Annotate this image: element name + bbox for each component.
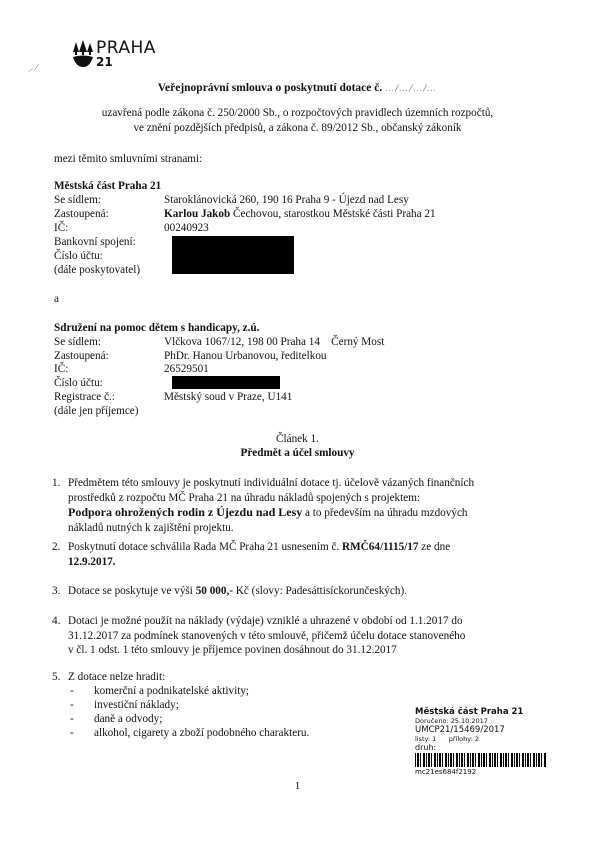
clause-3: 3. Dotace se poskytuje ve výši 50 000,- … — [68, 584, 554, 599]
subtitle-line-1: uzavřená podle zákona č. 250/2000 Sb., o… — [0, 107, 595, 119]
subtitle-line-2: ve znění pozdějších předpisů, a zákona č… — [0, 122, 595, 134]
clause-text: Kč (slovy: Padesáttisíckorunčeských). — [233, 585, 407, 597]
praha21-logo: PRAHA 21 — [72, 38, 162, 70]
provider-representative-label: Zastoupená: — [54, 208, 109, 220]
clause-line-rest: a to především na úhradu mzdových — [302, 507, 467, 519]
clause-1: 1. Předmětem této smlouvy je poskytnutí … — [68, 476, 554, 535]
conjunction: a — [54, 293, 59, 305]
clause-2: 2. Poskytnutí dotace schválila Rada MČ P… — [68, 540, 554, 569]
exclusion-text: komerční a podnikatelské aktivity; — [94, 685, 249, 697]
handwritten-mark: ⸝ ⁄ — [28, 60, 37, 74]
article-number: Článek 1. — [0, 433, 595, 445]
exclusion-item: -komerční a podnikatelské aktivity; — [68, 685, 249, 697]
stamp-type-label: druh: — [415, 743, 570, 752]
exclusion-item: -daně a odvody; — [68, 713, 162, 725]
article-title: Předmět a účel smlouvy — [0, 447, 595, 459]
clause-line: nákladů nutných k zajištění projektu. — [68, 521, 554, 536]
redaction-bank-details — [172, 236, 294, 274]
provider-name: Městská část Praha 21 — [54, 180, 161, 192]
clause-line: 31.12.2017 za podmínek stanovených v tét… — [68, 629, 554, 644]
stamp-barcode-id: mc21es684f2192 — [415, 768, 570, 776]
representative-name-bold: Karlou Jakob — [164, 208, 230, 220]
clause-line: Dotace se poskytuje ve výši 50 000,- Kč … — [68, 584, 554, 599]
clause-line: Podpora ohrožených rodin z Újezdu nad Le… — [68, 505, 554, 521]
exclusion-text: daně a odvody; — [94, 713, 162, 725]
barcode-icon — [415, 753, 547, 767]
clause-number: 1. — [52, 476, 60, 491]
provider-role-label: (dále poskytovatel) — [54, 264, 140, 276]
recipient-registration-value: Městský soud v Praze, U141 — [164, 391, 292, 403]
clause-text: Z dotace nelze hradit: — [68, 670, 554, 685]
provider-ico-label: IČ: — [54, 222, 68, 234]
recipient-seat-value: Vlčkova 1067/12, 198 00 Praha 14 Černý M… — [164, 336, 384, 348]
clause-line: Předmětem této smlouvy je poskytnutí ind… — [68, 476, 554, 491]
logo-number: 21 — [96, 55, 113, 69]
exclusion-item: -alkohol, cigarety a zboží podobného cha… — [68, 727, 309, 739]
stamp-attachments: přílohy: 2 — [449, 735, 479, 743]
clause-5: 5. Z dotace nelze hradit: — [68, 670, 554, 685]
exclusion-text: investiční náklady; — [94, 699, 179, 711]
clause-number: 4. — [52, 614, 60, 629]
page-number: 1 — [0, 780, 595, 792]
clause-line: prostředků z rozpočtu MČ Praha 21 na úhr… — [68, 491, 554, 506]
stamp-office: Městská část Praha 21 — [415, 707, 570, 717]
recipient-account-label: Číslo účtu: — [54, 377, 103, 389]
handwritten-contract-number: …/…/…/… — [385, 84, 437, 94]
clause-text: Dotace se poskytuje ve výši — [68, 585, 196, 597]
provider-ico-value: 00240923 — [164, 222, 209, 234]
clause-text: ze dne — [419, 541, 451, 553]
clause-line: Dotaci je možné použít na náklady (výdaj… — [68, 614, 554, 629]
recipient-ico-value: 26529501 — [164, 363, 209, 375]
recipient-ico-label: IČ: — [54, 363, 68, 375]
resolution-number: RMČ64/1115/17 — [342, 541, 418, 553]
provider-seat-value: Staroklánovická 260, 190 16 Praha 9 - Új… — [164, 194, 409, 206]
provider-bank-label: Bankovní spojení: — [54, 236, 136, 248]
stamp-counts: listy: 1 přílohy: 2 — [415, 735, 570, 743]
registry-stamp: Městská část Praha 21 Doručeno: 25.10.20… — [415, 707, 570, 776]
provider-seat-label: Se sídlem: — [54, 194, 101, 206]
recipient-seat-label: Se sídlem: — [54, 336, 101, 348]
clause-number: 3. — [52, 584, 60, 599]
clause-line: Poskytnutí dotace schválila Rada MČ Prah… — [68, 540, 554, 555]
intro-text: mezi těmito smluvními stranami: — [54, 153, 202, 165]
clause-4: 4. Dotaci je možné použít na náklady (vý… — [68, 614, 554, 658]
stamp-reference-number: UMCP21/15469/2017 — [415, 725, 570, 735]
redaction-account-number — [172, 376, 280, 389]
praha21-trees-logo-icon — [72, 38, 94, 68]
project-name: Podpora ohrožených rodin z Újezdu nad Le… — [68, 505, 302, 519]
provider-representative-value: Karlou Jakob Čechovou, starostkou Městsk… — [164, 208, 436, 220]
provider-account-label: Číslo účtu: — [54, 250, 103, 262]
recipient-registration-label: Registrace č.: — [54, 391, 115, 403]
recipient-representative-value: PhDr. Hanou Urbanovou, ředitelkou — [164, 350, 327, 362]
grant-amount: 50 000,- — [196, 585, 233, 597]
clause-line: v čl. 1 odst. 1 této smlouvy je příjemce… — [68, 643, 554, 658]
stamp-sheets: listy: 1 — [415, 735, 436, 743]
clause-text: Poskytnutí dotace schválila Rada MČ Prah… — [68, 541, 342, 553]
recipient-representative-label: Zastoupená: — [54, 350, 109, 362]
recipient-role-label: (dále jen příjemce) — [54, 405, 138, 417]
clause-number: 2. — [52, 540, 60, 555]
document-title: Veřejnoprávní smlouva o poskytnutí dotac… — [0, 82, 595, 94]
title-text: Veřejnoprávní smlouva o poskytnutí dotac… — [158, 82, 382, 94]
stamp-received-date: Doručeno: 25.10.2017 — [415, 717, 570, 725]
representative-rest: Čechovou, starostkou Městské části Praha… — [230, 208, 435, 220]
clause-number: 5. — [52, 670, 60, 685]
recipient-name: Sdružení na pomoc dětem s handicapy, z.ú… — [54, 322, 259, 334]
exclusion-item: -investiční náklady; — [68, 699, 179, 711]
resolution-date: 12.9.2017. — [68, 555, 554, 570]
exclusion-text: alkohol, cigarety a zboží podobného char… — [94, 727, 309, 739]
